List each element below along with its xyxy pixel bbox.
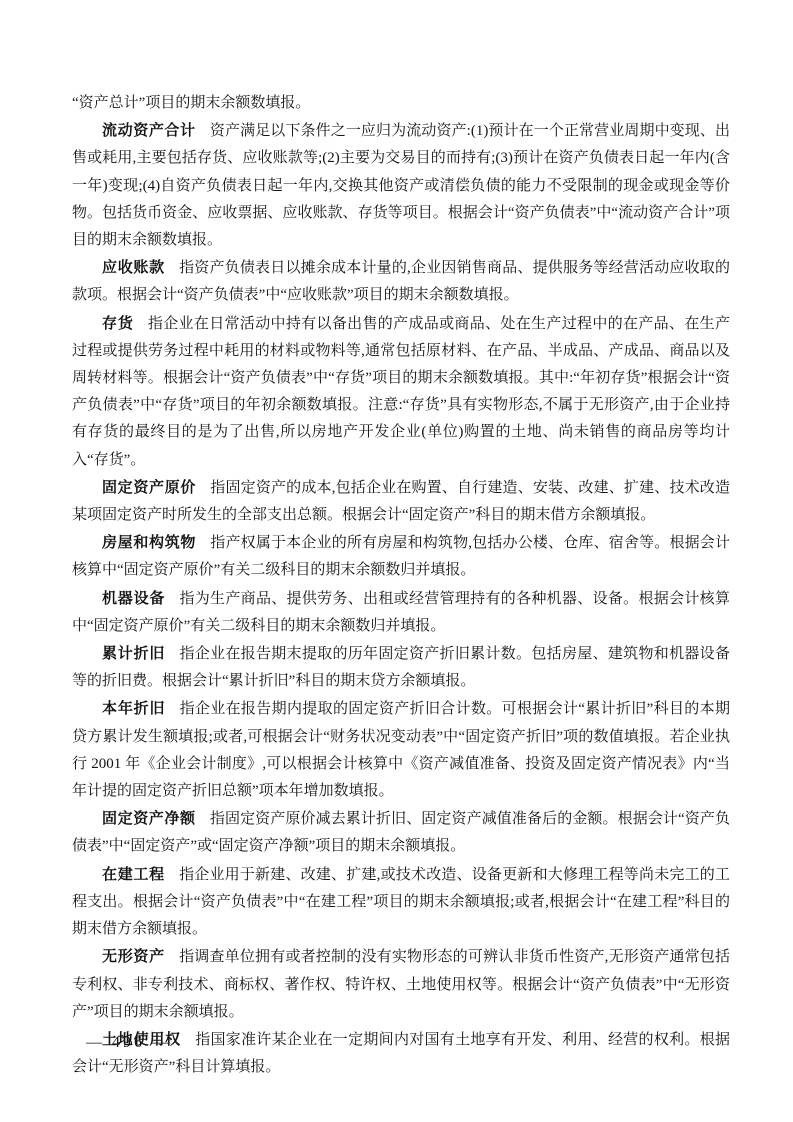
term-definition: 指企业用于新建、改建、扩建,或技术改造、设备更新和大修理工程等尚未完工的工程支出…: [72, 867, 730, 937]
term-label: 累计折旧: [102, 645, 165, 662]
term-label: 本年折旧: [102, 700, 165, 717]
term-label: 无形资产: [102, 948, 165, 965]
paragraph: 存货指企业在日常活动中持有以备出售的产成品或商品、处在生产过程中的在产品、在生产…: [72, 310, 730, 474]
term-definition: 指企业在日常活动中持有以备出售的产成品或商品、处在生产过程中的在产品、在生产过程…: [72, 316, 730, 468]
paragraph: 无形资产指调查单位拥有或者控制的没有实物形态的可辨认非货币性资产,无形资产通常包…: [72, 943, 730, 1026]
term-label: 应收账款: [102, 259, 165, 276]
paragraph: “资产总计”项目的期末余额数填报。: [72, 90, 730, 117]
term-label: 存货: [102, 315, 134, 332]
document-body: “资产总计”项目的期末余额数填报。 流动资产合计资产满足以下条件之一应归为流动资…: [72, 90, 730, 1081]
document-page: “资产总计”项目的期末余额数填报。 流动资产合计资产满足以下条件之一应归为流动资…: [0, 0, 793, 1122]
page-number: — 496 —: [86, 1034, 171, 1052]
term-definition: “资产总计”项目的期末余额数填报。: [72, 95, 310, 111]
paragraph: 流动资产合计资产满足以下条件之一应归为流动资产:(1)预计在一个正常营业周期中变…: [72, 117, 730, 254]
term-label: 固定资产原价: [102, 479, 196, 496]
paragraph: 固定资产原价指固定资产的成本,包括企业在购置、自行建造、安装、改建、扩建、技术改…: [72, 474, 730, 529]
term-label: 流动资产合计: [102, 122, 196, 139]
paragraph: 应收账款指资产负债表日以摊余成本计量的,企业因销售商品、提供服务等经营活动应收取…: [72, 254, 730, 309]
paragraph: 本年折旧指企业在报告期内提取的固定资产折旧合计数。可根据会计“累计折旧”科目的本…: [72, 695, 730, 805]
paragraph: 房屋和构筑物指产权属于本企业的所有房屋和构筑物,包括办公楼、仓库、宿舍等。根据会…: [72, 529, 730, 584]
term-definition: 资产满足以下条件之一应归为流动资产:(1)预计在一个正常营业周期中变现、出售或耗…: [72, 123, 730, 248]
paragraph: 在建工程指企业用于新建、改建、扩建,或技术改造、设备更新和大修理工程等尚未完工的…: [72, 861, 730, 944]
term-definition: 指调查单位拥有或者控制的没有实物形态的可辨认非货币性资产,无形资产通常包括专利权…: [72, 949, 730, 1019]
term-definition: 指企业在报告期末提取的历年固定资产折旧累计数。包括房屋、建筑物和机器设备等的折旧…: [72, 646, 730, 689]
paragraph: 机器设备指为生产商品、提供劳务、出租或经营管理持有的各种机器、设备。根据会计核算…: [72, 585, 730, 640]
term-label: 机器设备: [102, 590, 165, 607]
term-definition: 指为生产商品、提供劳务、出租或经营管理持有的各种机器、设备。根据会计核算中“固定…: [72, 591, 730, 634]
paragraph: 固定资产净额指固定资产原价减去累计折旧、固定资产减值准备后的金额。根据会计“资产…: [72, 805, 730, 860]
term-definition: 指资产负债表日以摊余成本计量的,企业因销售商品、提供服务等经营活动应收取的款项。…: [72, 260, 730, 303]
term-label: 固定资产净额: [102, 810, 196, 827]
term-definition: 指企业在报告期内提取的固定资产折旧合计数。可根据会计“累计折旧”科目的本期贷方累…: [72, 701, 730, 799]
term-label: 房屋和构筑物: [102, 534, 196, 551]
term-label: 在建工程: [102, 866, 165, 883]
paragraph: 累计折旧指企业在报告期末提取的历年固定资产折旧累计数。包括房屋、建筑物和机器设备…: [72, 640, 730, 695]
